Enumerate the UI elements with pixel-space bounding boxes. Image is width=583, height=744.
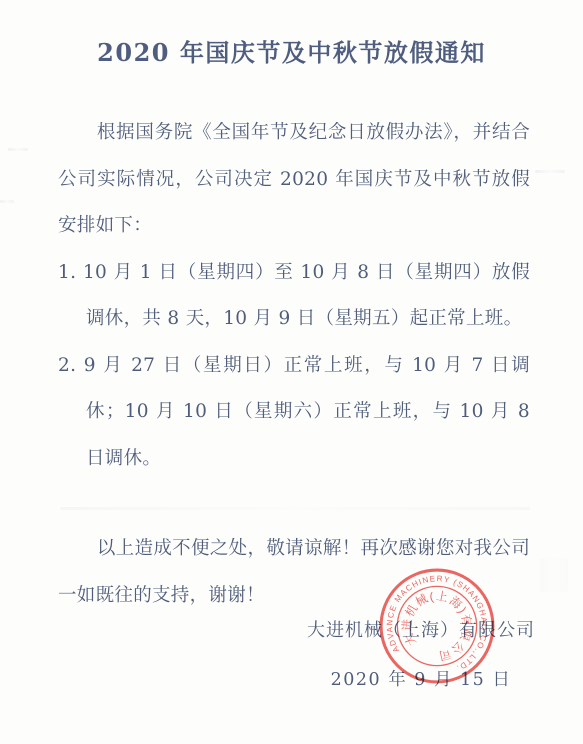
notice-title: 2020 年国庆节及中秋节放假通知 bbox=[0, 33, 583, 68]
scan-artifact bbox=[540, 558, 568, 592]
scan-artifact bbox=[535, 170, 565, 173]
closing-paragraph: 以上造成不便之处，敬请谅解！再次感谢您对我公司一如既往的支持，谢谢！ bbox=[58, 526, 530, 619]
holiday-item-1: 1. 10 月 1 日（星期四）至 10 月 8 日（星期四）放假调休，共 8 … bbox=[58, 250, 530, 343]
holiday-item-2: 2. 9 月 27 日（星期日）正常上班，与 10 月 7 日调休；10 月 1… bbox=[58, 343, 530, 483]
company-name: 大进机械（上海）有限公司 bbox=[307, 617, 535, 645]
intro-paragraph: 根据国务院《全国年节及纪念日放假办法》，并结合公司实际情况，公司决定 2020 … bbox=[58, 110, 530, 250]
notice-body: 根据国务院《全国年节及纪念日放假办法》，并结合公司实际情况，公司决定 2020 … bbox=[58, 110, 530, 619]
document-page: 2020 年国庆节及中秋节放假通知 根据国务院《全国年节及纪念日放假办法》，并结… bbox=[0, 0, 583, 744]
signature-block: 大进机械（上海）有限公司 2020 年 9 月 15 日 bbox=[307, 617, 535, 691]
scan-artifact bbox=[8, 148, 28, 151]
scan-artifact bbox=[0, 200, 14, 203]
issue-date: 2020 年 9 月 15 日 bbox=[307, 666, 535, 691]
